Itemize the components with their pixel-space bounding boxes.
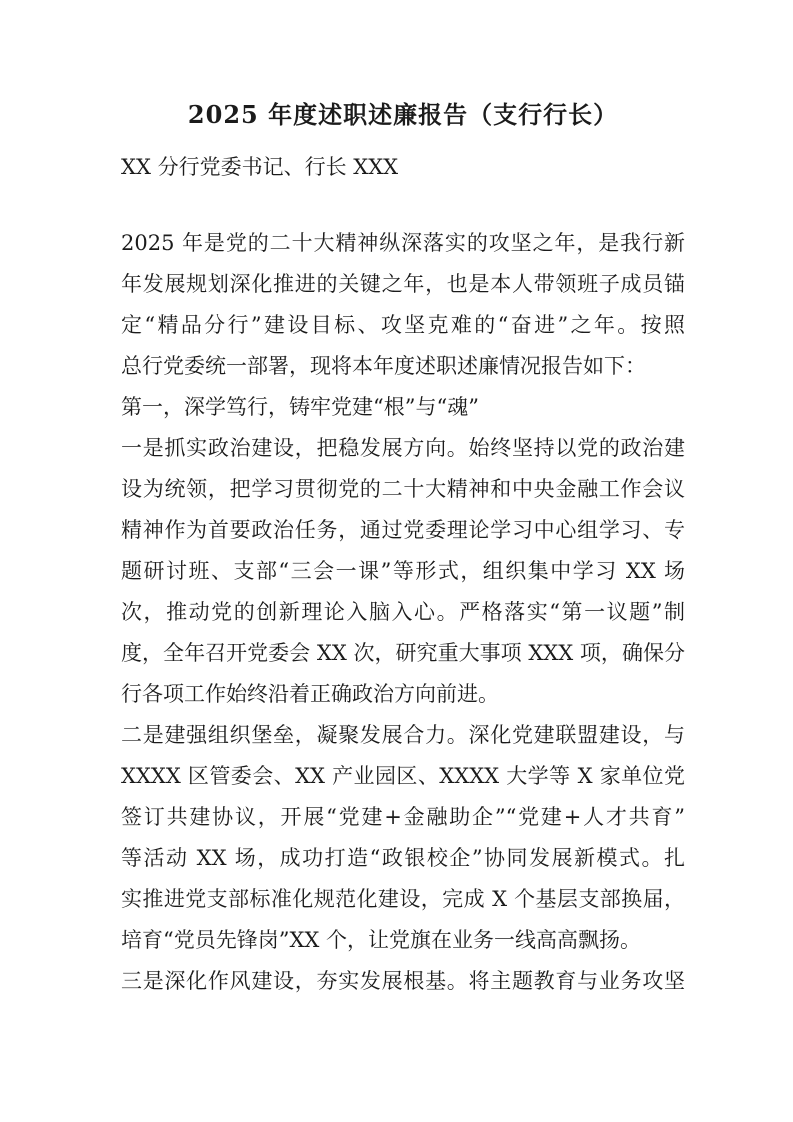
body-line: 一是抓实政治建设，把稳发展方向。始终坚持以党的政治建 <box>121 428 685 469</box>
body-line: 签订共建协议，开展“党建+金融助企”“党建+人才共育” <box>121 797 685 838</box>
body-line: 定“精品分行”建设目标、攻坚克难的“奋进”之年。按照 <box>121 305 685 346</box>
document-page: 2025 年度述职述廉报告（支行行长） XX 分行党委书记、行长 XXX 202… <box>0 0 793 1122</box>
body-line: 培育“党员先锋岗”XX 个，让党旗在业务一线高高飘扬。 <box>121 920 685 961</box>
body-line: XXXX 区管委会、XX 产业园区、XXXX 大学等 X 家单位党组织 <box>121 756 685 797</box>
body-line: 年发展规划深化推进的关键之年，也是本人带领班子成员锚 <box>121 264 685 305</box>
document-body: 2025 年是党的二十大精神纵深落实的攻坚之年，是我行新三 年发展规划深化推进的… <box>121 223 685 1002</box>
body-line: 度，全年召开党委会 XX 次，研究重大事项 XXX 项，确保分 <box>121 633 685 674</box>
document-title: 2025 年度述职述廉报告（支行行长） <box>121 95 685 135</box>
body-line: 精神作为首要政治任务，通过党委理论学习中心组学习、专 <box>121 510 685 551</box>
body-line: 设为统领，把学习贯彻党的二十大精神和中央金融工作会议 <box>121 469 685 510</box>
body-line: 实推进党支部标准化规范化建设，完成 X 个基层支部换届， <box>121 879 685 920</box>
body-line: 等活动 XX 场，成功打造“政银校企”协同发展新模式。扎 <box>121 838 685 879</box>
body-line: 第一，深学笃行，铸牢党建“根”与“魂” <box>121 387 685 428</box>
body-line: 二是建强组织堡垒，凝聚发展合力。深化党建联盟建设，与 <box>121 715 685 756</box>
body-line: 三是深化作风建设，夯实发展根基。将主题教育与业务攻坚 <box>121 961 685 1002</box>
body-line: 题研讨班、支部“三会一课”等形式，组织集中学习 XX 场 <box>121 551 685 592</box>
body-line: 行各项工作始终沿着正确政治方向前进。 <box>121 674 685 715</box>
body-line: 次，推动党的创新理论入脑入心。严格落实“第一议题”制 <box>121 592 685 633</box>
body-line: 总行党委统一部署，现将本年度述职述廉情况报告如下： <box>121 346 685 387</box>
document-byline: XX 分行党委书记、行长 XXX <box>121 147 685 187</box>
body-line: 2025 年是党的二十大精神纵深落实的攻坚之年，是我行新三 <box>121 223 685 264</box>
